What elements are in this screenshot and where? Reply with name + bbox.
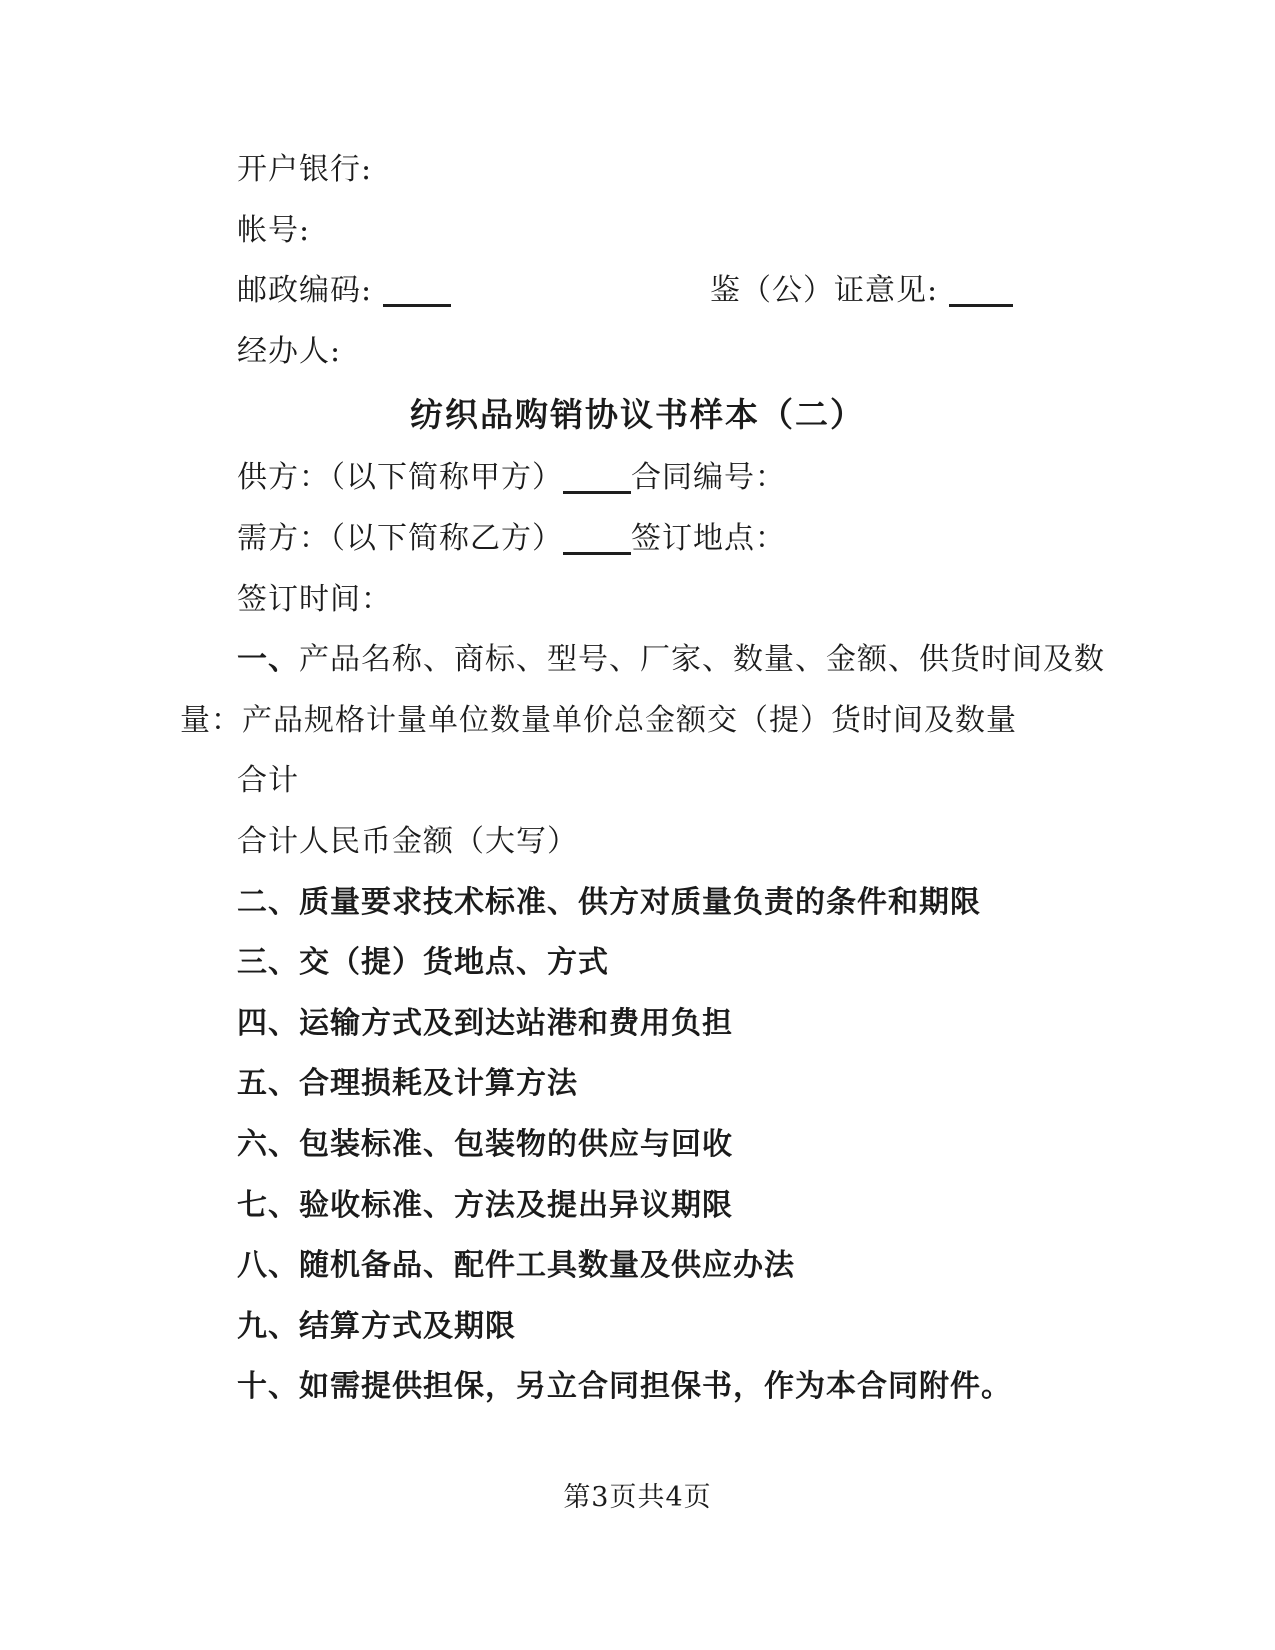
supplier-lead: 供方：（以下简称甲方） bbox=[237, 460, 563, 495]
field-account: 帐号: bbox=[180, 201, 1095, 262]
clause-one-number: 一、 bbox=[237, 642, 299, 677]
contract-number-label: 合同编号： bbox=[631, 460, 786, 495]
buyer-blank-line bbox=[563, 551, 631, 555]
total-amount-line: 合计人民币金额（大写） bbox=[180, 812, 1095, 873]
clause-six: 六、包装标准、包装物的供应与回收 bbox=[180, 1115, 1095, 1176]
field-agent: 经办人: bbox=[180, 322, 1095, 383]
clause-five: 五、合理损耗及计算方法 bbox=[180, 1054, 1095, 1115]
field-bank: 开户银行: bbox=[180, 140, 1095, 201]
clause-ten: 十、如需提供担保，另立合同担保书，作为本合同附件。 bbox=[180, 1357, 1095, 1418]
agent-label: 经办人: bbox=[237, 334, 341, 369]
signing-time-label: 签订时间： bbox=[237, 582, 392, 617]
clause-one-text: 产品名称、商标、型号、厂家、数量、金额、供货时间及数 bbox=[299, 642, 1105, 677]
postal-label: 邮政编码: bbox=[237, 273, 372, 308]
supplier-blank-line bbox=[563, 490, 631, 494]
bank-label: 开户银行: bbox=[237, 152, 372, 187]
page-indicator: 第3页共4页 bbox=[0, 1478, 1275, 1518]
field-postal-and-notary: 邮政编码: 鉴（公）证意见: bbox=[180, 261, 1095, 322]
clause-one-line: 一、产品名称、商标、型号、厂家、数量、金额、供货时间及数 bbox=[180, 630, 1095, 691]
clause-eight: 八、随机备品、配件工具数量及供应办法 bbox=[180, 1236, 1095, 1297]
account-label: 帐号: bbox=[237, 213, 310, 248]
postal-blank-line bbox=[383, 303, 451, 307]
supplier-line: 供方：（以下简称甲方）合同编号： bbox=[180, 448, 1095, 509]
signing-time-line: 签订时间： bbox=[180, 570, 1095, 631]
clause-one-continuation: 量：产品规格计量单位数量单价总金额交（提）货时间及数量 bbox=[180, 691, 1095, 752]
notary-label: 鉴（公）证意见: bbox=[710, 273, 938, 308]
buyer-line: 需方：（以下简称乙方）签订地点： bbox=[180, 509, 1095, 570]
total-line: 合计 bbox=[180, 751, 1095, 812]
clause-nine: 九、结算方式及期限 bbox=[180, 1297, 1095, 1358]
clause-two: 二、质量要求技术标准、供方对质量负责的条件和期限 bbox=[180, 873, 1095, 934]
contract-document-page: 开户银行: 帐号: 邮政编码: 鉴（公）证意见: 经办人: 纺织品购销协议书样本… bbox=[0, 0, 1275, 1650]
notary-blank-line bbox=[949, 303, 1013, 307]
clause-seven: 七、验收标准、方法及提出异议期限 bbox=[180, 1176, 1095, 1237]
buyer-lead: 需方：（以下简称乙方） bbox=[237, 521, 563, 556]
signing-place-label: 签订地点： bbox=[631, 521, 786, 556]
notary-group: 鉴（公）证意见: bbox=[710, 261, 1013, 322]
clause-four: 四、运输方式及到达站港和费用负担 bbox=[180, 994, 1095, 1055]
document-title: 纺织品购销协议书样本（二） bbox=[180, 382, 1095, 448]
clause-three: 三、交（提）货地点、方式 bbox=[180, 933, 1095, 994]
